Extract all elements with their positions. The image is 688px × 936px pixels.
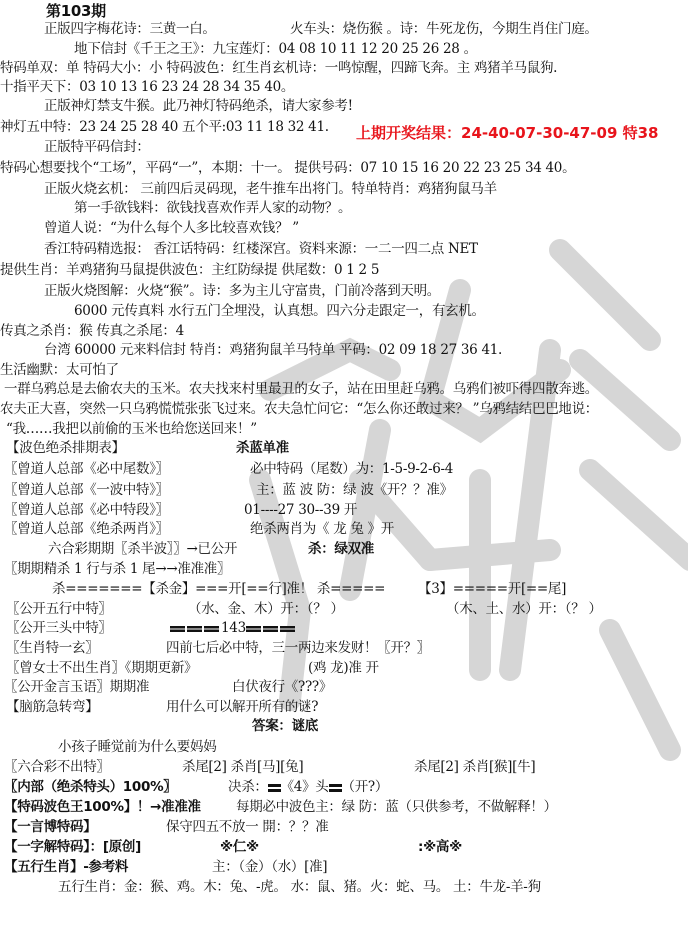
magic-lamp-five: 神灯五中特：23 24 25 28 40 五个平:03 11 18 32 41.	[0, 118, 329, 136]
fax-kill: 传真之杀肖：猴 传真之杀尾：4	[0, 322, 184, 340]
internal-prefix: 决杀：	[228, 779, 268, 795]
one-char-label: 【一字解特码】：[原创]	[4, 838, 141, 856]
five-zodiac-list: 五行生肖：金：猴、鸡。木：兔、-虎。 水：鼠、猪。火：蛇、马。 土：牛龙-羊-狗	[58, 878, 541, 896]
bar-icon	[170, 626, 185, 632]
magic-lamp-note: 正版神灯禁支牛猴。此乃神灯特码绝杀，请大家参考!	[44, 97, 353, 115]
zeng-row-label: 〖曾道人总部《绝杀两肖》〗	[4, 520, 169, 538]
zeng-lady-label: 〖曾女士不出生肖〗《期期更新》	[6, 659, 197, 677]
fire-mystery: 正版火烧玄机： 三前四后灵码现，老牛推车出将门。特单特肖：鸡猪狗鼠马羊	[44, 180, 497, 198]
provided-zodiac: 提供生肖：羊鸡猪狗马鼠提供波色：主红防绿提 供尾数：0 1 2 5	[0, 261, 379, 279]
one-char-b: :※高※	[418, 838, 462, 856]
ten-fingers: 十指平天下：03 10 13 16 23 24 28 34 35 40。	[0, 78, 294, 96]
golden-words-label: 〖公开金言玉语〗期期准	[4, 678, 149, 696]
factory-riddle: 特码心想要找个“工场”，平码“一”，本期：十一。 提供号码：07 10 15 1…	[0, 159, 575, 177]
taiwan-envelope: 台湾 60000 元来料信封 特肖：鸡猪狗鼠羊马特单 平码：02 09 18 2…	[44, 341, 502, 359]
wave-king-value: 每期必中波色主：绿 防：蓝（只供参考，不做解释！）	[236, 798, 557, 816]
special-code-info: 特码单双：单 特码大小：小 特码波色：红生肖玄机诗：一鸣惊醒，四蹄飞奔。主 鸡猪…	[0, 59, 557, 77]
wave-king-label: 【特码波色王100%】！→准准准	[4, 798, 201, 816]
half-wave-label: 六合彩期期〖杀半波〗〗→已公开	[48, 540, 237, 558]
bar-icon	[263, 626, 278, 632]
last-draw-label: 上期开奖结果：	[356, 124, 461, 142]
three-heads-value: 143	[170, 619, 297, 637]
fax-material: 6000 元传真料 水行五门全埋没，认真想。四六分走跟定一，有玄机。	[74, 302, 485, 320]
wave-table-label: 【波色绝杀排期表】	[6, 439, 125, 457]
fire-illustration: 正版火烧图解：火烧“猴”。诗：多为主儿守富贵，门前冷落到天明。	[44, 282, 440, 300]
five-zodiac-label: 【五行生肖】-参考料	[4, 858, 128, 876]
no-special-label: 〖六合彩不出特〗	[4, 758, 110, 776]
last-draw-result: 上期开奖结果：24-40-07-30-47-09 特38	[356, 124, 659, 142]
kill-detail-a: 杀=======【杀金】===开[==行]准！ 杀=====	[52, 580, 385, 598]
zeng-says: 曾道人说：“为什么每个人多比较喜欢钱？ ”	[44, 219, 299, 237]
zodiac-mystery-value: 四前七后必中特，三一两边来发财！〖开？〗	[166, 639, 430, 657]
no-special-a: 杀尾[2] 杀肖[马][兔]	[182, 758, 303, 776]
bar-icon	[187, 626, 202, 632]
golden-words-value: 白伏夜行《???》	[232, 678, 332, 696]
half-wave-value: 杀：绿双准	[308, 540, 374, 558]
special-envelope-heading: 正版特平码信封：	[44, 138, 150, 156]
internal-value: 决杀：《4》头（开?）	[228, 778, 388, 796]
kill-detail-b: 【3】=====开[==尾]	[418, 580, 566, 598]
plum-poem: 正版四字梅花诗：三黄一白。	[44, 20, 216, 38]
five-elements-a: （水、金、木）开：（？ ）	[188, 600, 344, 618]
brain-teaser-answer: 答案：谜底	[252, 717, 318, 735]
humor-title: 生活幽默：太可怕了	[0, 361, 119, 379]
brain-teaser-question: 用什么可以解开所有的谜?	[166, 698, 318, 716]
humor-line-3: “我……我把以前偷的玉米也给您送回来！”	[6, 420, 257, 438]
internal-mid: 《4》头	[281, 779, 329, 795]
zeng-row-value: 绝杀两肖为《 龙 兔 》开	[250, 520, 394, 538]
train-head: 火车头：烧伤猴 。诗：牛死龙伤，今期生肖住门庭。	[290, 20, 598, 38]
wave-table-value: 杀蓝单准	[236, 439, 289, 457]
zeng-lady-value: (鸡 龙)准 开	[308, 659, 379, 677]
zeng-row-value: 01----27 30--39 开	[244, 501, 357, 519]
five-zodiac-value: 主：（金）（水）[准]	[212, 858, 327, 876]
three-heads-label: 〖公开三头中特〗	[6, 619, 112, 637]
double-bar-icon	[329, 784, 342, 792]
zeng-row-label: 〖曾道人总部《一波中特》〗	[4, 481, 169, 499]
no-special-b: 杀尾[2] 杀肖[猴][牛]	[414, 758, 535, 776]
last-draw-special: 特38	[623, 124, 659, 142]
internal-label: 〖内部（绝杀特头）100%〗	[4, 778, 177, 796]
kill-line: 〖期期精杀 1 行与杀 1 尾→→准准准〗	[4, 560, 230, 578]
zeng-row-label: 〖曾道人总部《必中尾数》〗	[4, 460, 169, 478]
xiangjiang-report: 香江特码精选报： 香江话特码：红楼深宫。资料来源：一二一四二点 NET	[44, 240, 478, 258]
bar-icon	[280, 626, 295, 632]
issue-title: 第103期	[46, 2, 106, 20]
humor-line-1: 一群乌鸦总是去偷农夫的玉米。农夫找来村里最丑的女子，站在田里赶乌鸦。乌鸦们被吓得…	[4, 380, 598, 398]
zeng-row-value: 主：蓝 波 防：绿 波《开？？准》	[256, 481, 453, 499]
five-elements-b: （木、土、水）开：（？ ）	[446, 600, 602, 618]
bar-icon	[246, 626, 261, 632]
underground-envelope: 地下信封《千王之王》：九宝莲灯：04 08 10 11 12 20 25 26 …	[74, 40, 477, 58]
bar-icon	[204, 626, 219, 632]
internal-suffix: （开?）	[342, 779, 389, 795]
three-heads-number: 143	[221, 620, 246, 636]
zeng-row-value: 必中特码（尾数）为：1-5-9-2-6-4	[250, 460, 453, 478]
humor-line-2: 农夫正大喜，突然一只乌鸦慌慌张张飞过来。农夫急忙问它：“怎么你还敢过来？ ”乌鸦…	[0, 400, 598, 418]
five-elements-label: 〖公开五行中特〗	[6, 600, 112, 618]
one-word-bet-value: 保守四五不放一 開：？？准	[166, 818, 328, 836]
first-hand-material: 第一手欲钱料：欲钱找喜欢作弄人家的动物？。	[74, 199, 351, 217]
zodiac-mystery-label: 〖生肖特一玄〗	[6, 639, 98, 657]
one-char-a: ※仁※	[220, 838, 259, 856]
brain-teaser-label: 【脑筋急转弯】	[6, 698, 98, 716]
child-line: 小孩子睡觉前为什么要妈妈	[58, 738, 216, 756]
double-bar-icon	[268, 784, 281, 792]
last-draw-numbers: 24-40-07-30-47-09	[461, 124, 617, 142]
zeng-row-label: 〖曾道人总部《必中特段》〗	[4, 501, 169, 519]
one-word-bet-label: 【一言博特码】	[4, 818, 96, 836]
